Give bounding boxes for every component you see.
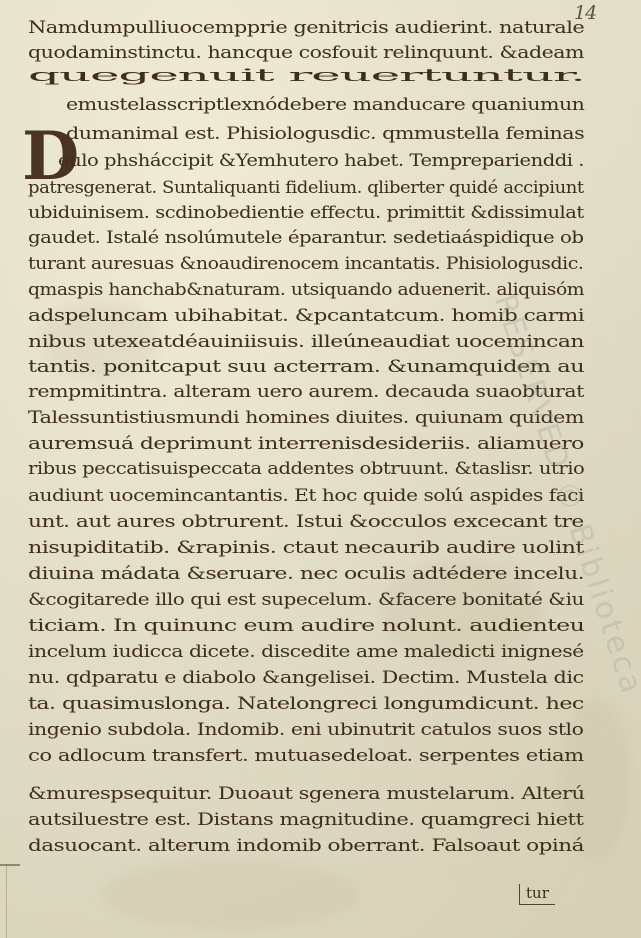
text-line: &cogitarede illo qui est supecelum. &fac…: [28, 590, 584, 609]
text-line: auremsuá deprimunt interrenisdesideriis.…: [28, 434, 584, 453]
text-line: ingenio subdola. Indomib. eni ubinutrit …: [28, 720, 583, 739]
text-line: ticiam. In quinunc eum audire nolunt. au…: [28, 616, 584, 635]
text-line: quodaminstinctu. hancque cosfouit relinq…: [28, 43, 584, 62]
text-line: incelum iudicca dicete. discedite ame ma…: [28, 642, 584, 661]
text-line: &murespsequitur. Duoaut sgenera mustelar…: [28, 784, 585, 803]
text-line: autsiluestre est. Distans magnitudine. q…: [28, 810, 583, 829]
text-line: rempmitintra. alteram uero aurem. decaud…: [28, 382, 584, 401]
margin-ruling-mark: [0, 864, 20, 866]
text-line: gaudet. Istalé nsolúmutele éparantur. se…: [28, 228, 584, 247]
text-line: dasuocant. alterum indomib oberrant. Fal…: [28, 836, 584, 855]
text-line: nu. qdparatu e diabolo &angelisei. Decti…: [28, 668, 584, 687]
catchword: tur: [519, 884, 555, 905]
text-line: tantis. ponitcaput suu acterram. &unamqu…: [28, 357, 584, 376]
text-line: dumanimal est. Phisiologusdic. qmmustell…: [66, 124, 584, 143]
text-line: turant auresuas &noaudirenocem incantati…: [28, 254, 583, 273]
text-line: diuina mádata &seruare. nec oculis adtéd…: [28, 564, 584, 583]
text-line: Namdumpulliuocempprie genitricis audieri…: [28, 18, 584, 37]
text-line: Talessuntistiusmundi homines diuites. qu…: [28, 408, 584, 427]
manuscript-folio: 14 D Namdumpulliuocempprie genitricis au…: [0, 0, 641, 938]
text-line: ta. quasimuslonga. Natelongreci longumdi…: [28, 694, 584, 713]
margin-ruling-line: [6, 864, 7, 938]
text-line: ribus peccatisuispeccata addentes obtruu…: [28, 459, 584, 478]
text-line: patresgenerat. Suntaliquanti fidelium. q…: [28, 178, 584, 197]
text-line: ubiduinisem. scdinobedientie effectu. pr…: [28, 203, 584, 222]
text-line: audiunt uocemincantantis. Et hoc quide s…: [28, 486, 584, 505]
text-line: unt. aut aures obtrurent. Istui &occulos…: [28, 512, 584, 531]
text-line: eulo phsháccipit &Yemhutero habet. Tempr…: [58, 151, 584, 170]
text-line: nisupiditatib. &rapinis. ctaut necaurib …: [28, 538, 584, 557]
text-line: quegenuit reuertuntur.: [28, 66, 585, 85]
parchment-stain: [100, 860, 360, 930]
text-line: co adlocum transfert. mutuasedeloat. ser…: [28, 746, 584, 765]
text-line: emustelasscriptlexnódebere manducare qua…: [66, 95, 584, 114]
